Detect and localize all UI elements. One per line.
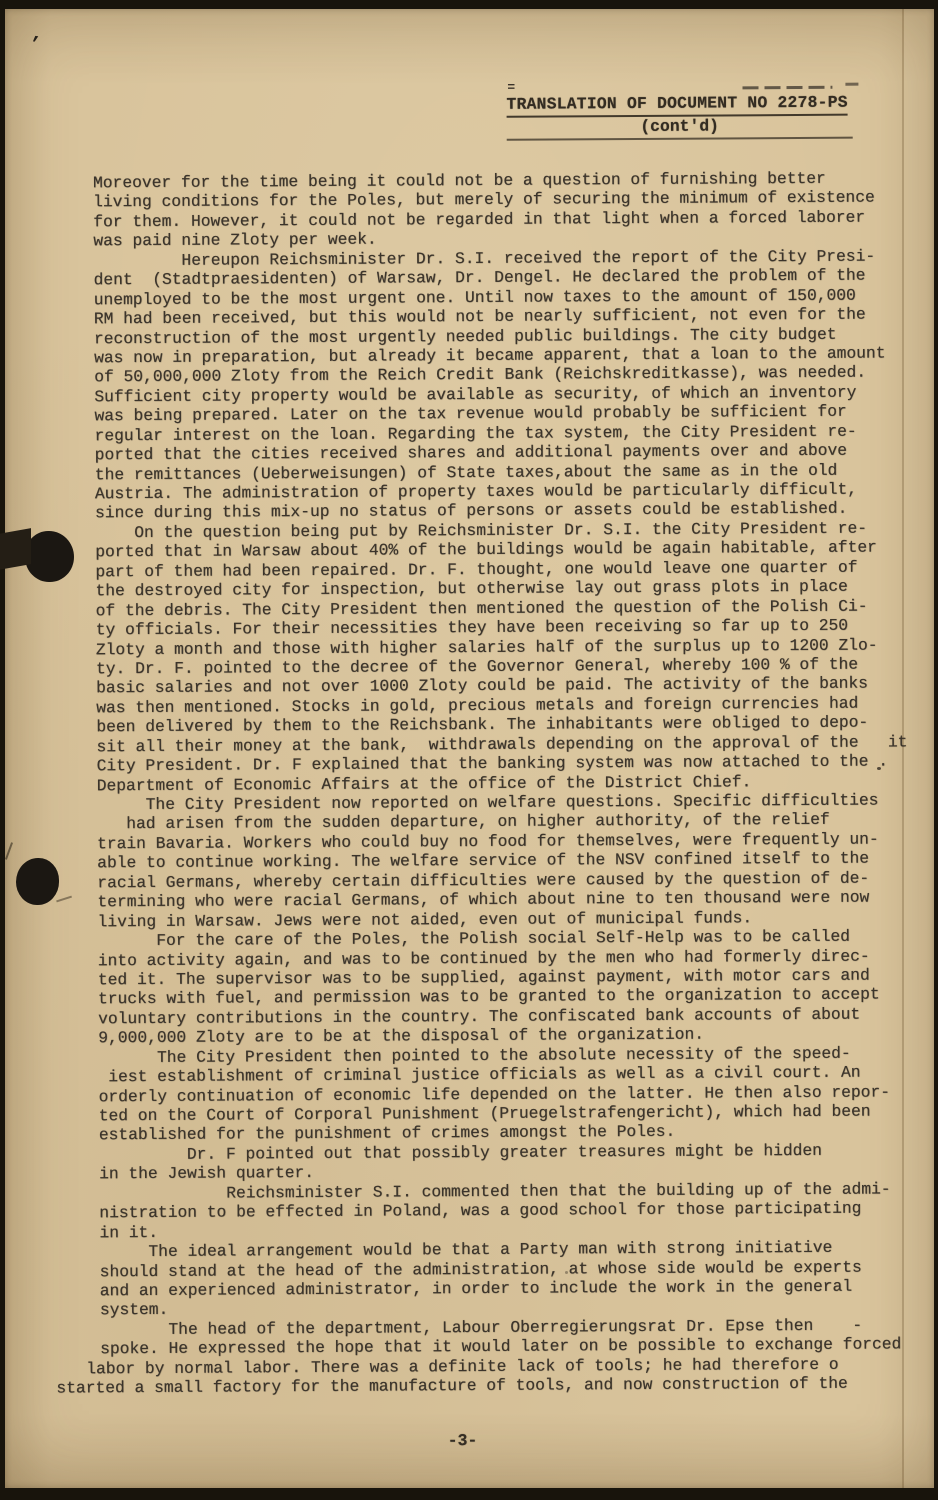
document-title: TRANSLATION OF DOCUMENT NO 2278-PS — [506, 93, 847, 118]
end-dash — [845, 83, 858, 86]
dash-line — [742, 86, 832, 90]
stray-ink-mark: ’ — [28, 33, 42, 56]
text-line: started a small factory for the manufact… — [56, 1373, 911, 1398]
punch-hole-top — [25, 531, 74, 582]
page-content: ’ = TRANSLATION OF DOCUMENT NO 2278-PS (… — [1, 6, 938, 1491]
scanned-document: { "colors": { "paper": "#d9c49c", "ink":… — [0, 0, 938, 1500]
equals-mark: = — [507, 80, 515, 95]
header-underline-row: (cont'd) — [507, 116, 853, 141]
document-header: = TRANSLATION OF DOCUMENT NO 2278-PS (co… — [506, 83, 858, 141]
page-number: -3- — [448, 1431, 478, 1450]
body-text: Moreover for the time being it could not… — [93, 168, 911, 1397]
document-subtitle: (cont'd) — [640, 116, 719, 135]
punch-hole-bottom — [16, 858, 59, 905]
document-page: ’ = TRANSLATION OF DOCUMENT NO 2278-PS (… — [5, 9, 934, 1488]
ink-speck — [877, 767, 881, 770]
ink-speck — [565, 1271, 568, 1274]
